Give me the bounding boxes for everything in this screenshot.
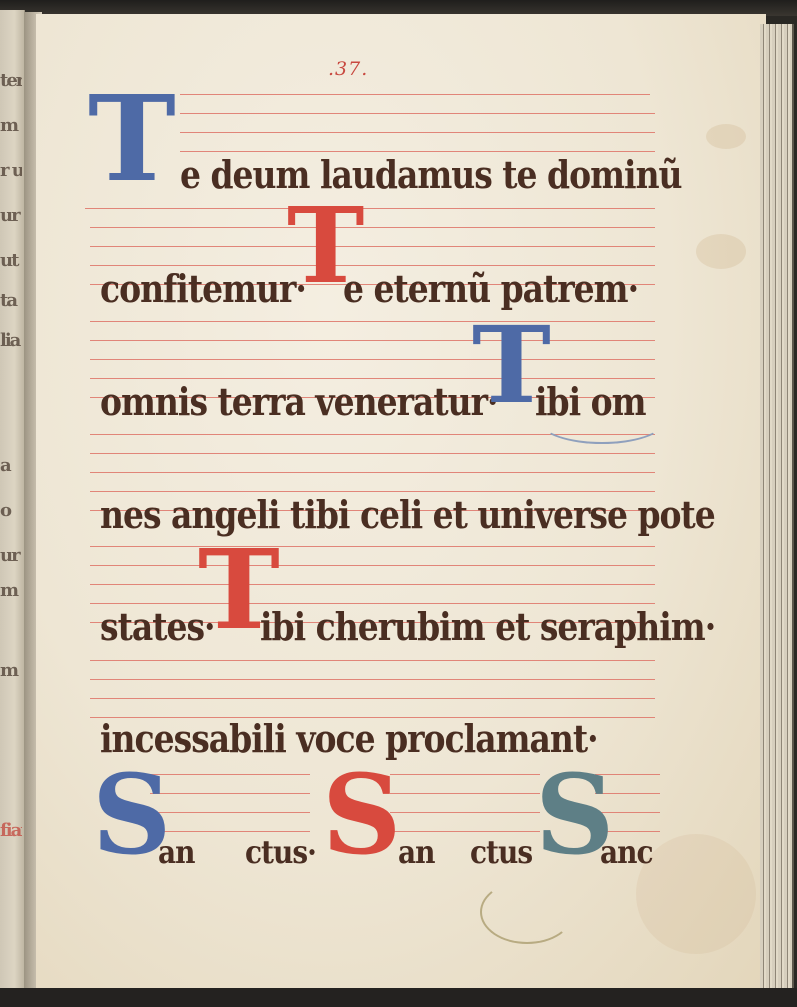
sanctus-fragment: ctus· (245, 833, 316, 871)
sanctus-fragment: anc (600, 833, 653, 871)
prev-page-fragment: m (0, 115, 22, 136)
pen-flourish (540, 400, 664, 444)
prev-page-rubric-fragment: fian (0, 820, 22, 841)
decorated-initial-blue: T (88, 80, 176, 198)
prev-page-fragment: ur (0, 205, 22, 226)
folio-number: .37. (328, 58, 368, 80)
open-book: ter m r u ur ut ta lia a o ur m m fian .… (0, 0, 797, 1007)
text-line-4: nes angeli tibi celi et universe pote (100, 492, 715, 537)
pen-flourish (480, 880, 574, 944)
text-line-2: confitemur· (100, 266, 306, 311)
parchment-stain (696, 234, 746, 269)
text-line-3: omnis terra veneratur· (100, 379, 497, 424)
previous-page-edge: ter m r u ur ut ta lia a o ur m m fian (0, 10, 25, 995)
prev-page-fragment: m (0, 660, 22, 681)
parchment-stain (636, 834, 756, 954)
parchment-stain (706, 124, 746, 149)
prev-page-fragment: m (0, 580, 22, 601)
prev-page-fragment: ut (0, 250, 22, 271)
text-line-5-continuation: ibi cherubim et seraphim· (260, 604, 715, 649)
text-line-1: e deum laudamus te dominũ (180, 152, 682, 197)
sanctus-fragment: ctus (470, 833, 532, 871)
decorated-initial-s-red: S (322, 760, 401, 870)
prev-page-fragment: ur (0, 545, 22, 566)
page-stack-edge (760, 24, 794, 990)
sanctus-fragment: an (158, 833, 195, 871)
book-binding-bottom (0, 988, 797, 1007)
sanctus-fragment: an (398, 833, 435, 871)
prev-page-fragment: o (0, 500, 22, 521)
prev-page-fragment: a (0, 455, 22, 476)
prev-page-fragment: ter (0, 70, 22, 91)
prev-page-fragment: r u (0, 160, 22, 181)
prev-page-fragment: lia (0, 330, 22, 351)
prev-page-fragment: ta (0, 290, 22, 311)
